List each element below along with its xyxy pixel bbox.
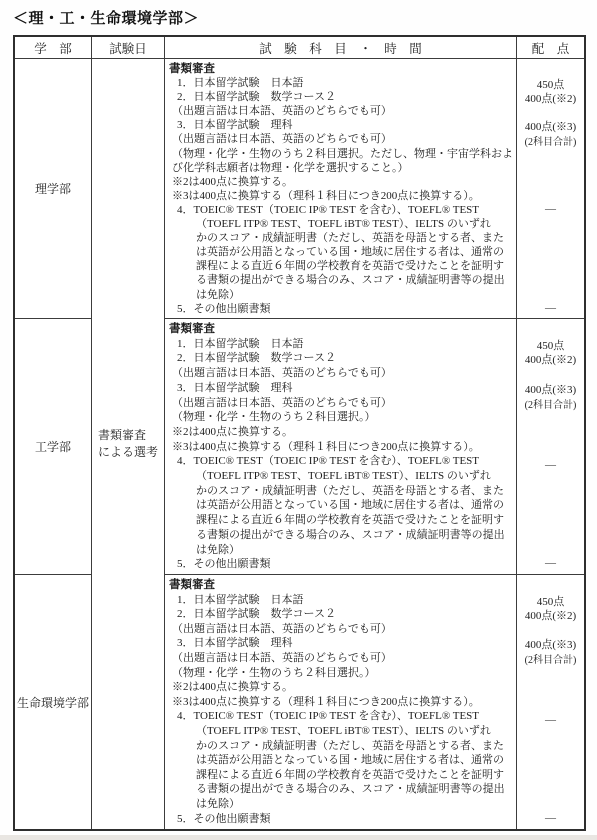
- content-line: 5．その他出願書類: [169, 302, 514, 316]
- content-line: （出題言語は日本語、英語のどちらでも可）: [169, 651, 514, 666]
- faculty-cell-life-environment: 生命環境学部: [15, 575, 92, 829]
- content-line: ※3は400点に換算する（理科１科目につき200点に換算する）。: [169, 189, 514, 203]
- content-line: る書類の提出ができる場合のみ、スコア・成績証明書等の提出: [169, 273, 514, 287]
- score-value: 400点(※2): [517, 607, 584, 623]
- document-page: ＜理・工・生命環境学部＞ 学 部 試験日 試 験 科 目 ・ 時 間 配 点 理…: [0, 0, 597, 840]
- page-edge-shadow: [0, 835, 597, 840]
- score-value: —: [517, 714, 584, 726]
- content-line: 課程による直近６年間の学校教育を英語で受けたことを証明す: [169, 513, 514, 528]
- content-line: （TOEFL ITP® TEST、TOEFL iBT® TEST）、IELTS …: [169, 217, 514, 231]
- content-line: 3．日本留学試験 理科: [169, 381, 514, 396]
- score-value: —: [517, 203, 584, 215]
- header-subjects-time: 試 験 科 目 ・ 時 間: [165, 37, 517, 58]
- content-line: 1．日本留学試験 日本語: [169, 76, 514, 90]
- header-points: 配 点: [517, 37, 584, 58]
- content-line: は免除）: [169, 797, 514, 812]
- content-line: は免除）: [169, 543, 514, 558]
- content-line: （出題言語は日本語、英語のどちらでも可）: [169, 366, 514, 381]
- faculty-cell-science: 理学部: [15, 59, 92, 319]
- content-line: 1．日本留学試験 日本語: [169, 593, 514, 608]
- points-cell-science: 450点400点(※2)400点(※3)(2科目合計)——: [517, 59, 584, 319]
- content-line: ※3は400点に換算する（理科１科目につき200点に換算する）。: [169, 440, 514, 455]
- section-heading: 書類審査: [169, 322, 514, 337]
- content-line: （出題言語は日本語、英語のどちらでも可）: [169, 396, 514, 411]
- table-header-row: 学 部 試験日 試 験 科 目 ・ 時 間 配 点: [15, 37, 584, 59]
- content-line: （物理・化学・生物のうち２科目選択。）: [169, 410, 514, 425]
- content-line: かのスコア・成績証明書（ただし、英語を母語とする者、また: [169, 231, 514, 245]
- content-line: は英語が公用語となっている国・地域に居住する者は、通常の: [169, 753, 514, 768]
- score-value: 400点(※3): [517, 381, 584, 397]
- exam-date-line: による選考: [98, 444, 164, 461]
- score-value: —: [517, 459, 584, 471]
- content-line: び化学科志願者は物理・化学を選択すること。）: [169, 161, 514, 175]
- content-line: 2．日本留学試験 数学コース２: [169, 351, 514, 366]
- content-line: は免除）: [169, 288, 514, 302]
- score-value: (2科目合計): [517, 651, 584, 666]
- table-body: 理学部 書類審査 による選考 書類審査1．日本留学試験 日本語2．日本留学試験 …: [15, 59, 584, 829]
- content-line: （TOEFL ITP® TEST、TOEFL iBT® TEST）、IELTS …: [169, 724, 514, 739]
- content-line: ※3は400点に換算する（理科１科目につき200点に換算する）。: [169, 695, 514, 710]
- content-line: 4．TOEIC® TEST（TOEIC IP® TEST を含む）、TOEFL®…: [169, 709, 514, 724]
- content-line: （TOEFL ITP® TEST、TOEFL iBT® TEST）、IELTS …: [169, 469, 514, 484]
- content-line: （出題言語は日本語、英語のどちらでも可）: [169, 132, 514, 146]
- points-cell-engineering: 450点400点(※2)400点(※3)(2科目合計)——: [517, 319, 584, 575]
- score-value: (2科目合計): [517, 396, 584, 411]
- subjects-cell-life-environment: 書類審査1．日本留学試験 日本語2．日本留学試験 数学コース２（出題言語は日本語…: [165, 575, 517, 829]
- content-line: （出題言語は日本語、英語のどちらでも可）: [169, 622, 514, 637]
- admission-exam-table: 学 部 試験日 試 験 科 目 ・ 時 間 配 点 理学部 書類審査 による選考…: [13, 35, 586, 831]
- score-value: 400点(※2): [517, 90, 584, 106]
- score-value: 400点(※2): [517, 351, 584, 367]
- faculty-cell-engineering: 工学部: [15, 319, 92, 575]
- score-value: (2科目合計): [517, 133, 584, 148]
- section-heading: 書類審査: [169, 62, 514, 76]
- content-line: 4．TOEIC® TEST（TOEIC IP® TEST を含む）、TOEFL®…: [169, 203, 514, 217]
- content-line: （出題言語は日本語、英語のどちらでも可）: [169, 104, 514, 118]
- score-value: 450点: [517, 337, 584, 353]
- page-title: ＜理・工・生命環境学部＞: [13, 7, 199, 28]
- content-line: 3．日本留学試験 理科: [169, 118, 514, 132]
- section-heading: 書類審査: [169, 578, 514, 593]
- content-line: は英語が公用語となっている国・地域に居住する者は、通常の: [169, 498, 514, 513]
- header-exam-date: 試験日: [92, 37, 165, 58]
- content-line: は英語が公用語となっている国・地域に居住する者は、通常の: [169, 245, 514, 259]
- subjects-cell-science: 書類審査1．日本留学試験 日本語2．日本留学試験 数学コース２（出題言語は日本語…: [165, 59, 517, 319]
- content-line: 3．日本留学試験 理科: [169, 636, 514, 651]
- content-line: （物理・化学・生物のうち２科目選択。ただし、物理・宇宙学科およ: [169, 147, 514, 161]
- content-line: 2．日本留学試験 数学コース２: [169, 90, 514, 104]
- content-line: 課程による直近６年間の学校教育を英語で受けたことを証明す: [169, 768, 514, 783]
- content-line: かのスコア・成績証明書（ただし、英語を母語とする者、また: [169, 484, 514, 499]
- score-value: 450点: [517, 593, 584, 609]
- score-value: —: [517, 557, 584, 569]
- score-value: —: [517, 812, 584, 824]
- content-line: 5．その他出願書類: [169, 812, 514, 827]
- score-value: 400点(※3): [517, 636, 584, 652]
- content-line: 5．その他出願書類: [169, 557, 514, 572]
- content-line: ※2は400点に換算する。: [169, 175, 514, 189]
- content-line: かのスコア・成績証明書（ただし、英語を母語とする者、また: [169, 739, 514, 754]
- content-line: 4．TOEIC® TEST（TOEIC IP® TEST を含む）、TOEFL®…: [169, 454, 514, 469]
- subjects-cell-engineering: 書類審査1．日本留学試験 日本語2．日本留学試験 数学コース２（出題言語は日本語…: [165, 319, 517, 575]
- content-line: る書類の提出ができる場合のみ、スコア・成績証明書等の提出: [169, 782, 514, 797]
- content-line: 課程による直近６年間の学校教育を英語で受けたことを証明す: [169, 259, 514, 273]
- content-line: る書類の提出ができる場合のみ、スコア・成績証明書等の提出: [169, 528, 514, 543]
- points-cell-life-environment: 450点400点(※2)400点(※3)(2科目合計)——: [517, 575, 584, 829]
- content-line: （物理・化学・生物のうち２科目選択。）: [169, 666, 514, 681]
- content-line: 1．日本留学試験 日本語: [169, 337, 514, 352]
- exam-date-cell: 書類審査 による選考: [92, 59, 165, 829]
- content-line: 2．日本留学試験 数学コース２: [169, 607, 514, 622]
- content-line: ※2は400点に換算する。: [169, 425, 514, 440]
- content-line: ※2は400点に換算する。: [169, 680, 514, 695]
- header-faculty: 学 部: [15, 37, 92, 58]
- exam-date-line: 書類審査: [98, 427, 164, 444]
- score-value: —: [517, 302, 584, 314]
